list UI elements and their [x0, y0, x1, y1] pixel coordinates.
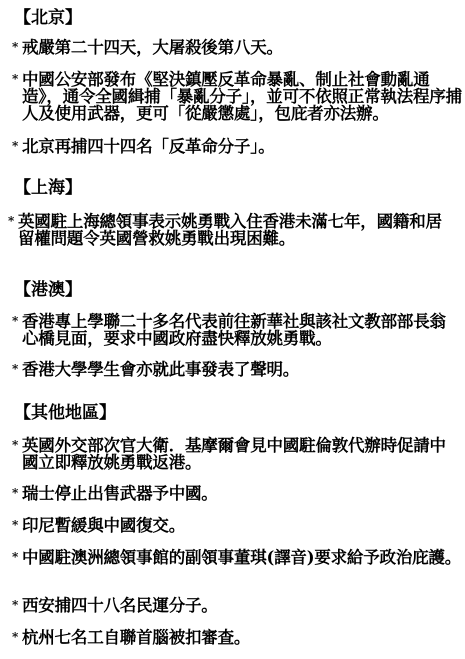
item-text: 瑞士停止出售武器予中國。 [22, 485, 462, 502]
section-header-other-regions: 【其他地區】 [14, 404, 116, 422]
list-item: * 北京再捕四十四名「反革命分子」。 [12, 138, 462, 155]
item-text: 香港專上學聯二十多名代表前往新華社與該社文教部部長翁心橋見面，要求中國政府盡快釋… [22, 313, 462, 347]
bullet-icon: * [8, 213, 14, 230]
item-text: 西安捕四十八名民運分子。 [22, 597, 462, 614]
bullet-icon: * [12, 313, 18, 330]
bullet-icon: * [12, 71, 18, 88]
section-header-beijing: 【北京】 [14, 9, 82, 27]
item-text: 中國駐澳洲總領事館的副領事董琪(譯音)要求給予政治庇護。 [22, 549, 462, 566]
bullet-icon: * [12, 517, 18, 534]
item-text: 戒嚴第二十四天，大屠殺後第八天。 [22, 39, 462, 56]
list-item: * 杭州七名工自聯首腦被扣審查。 [12, 629, 462, 646]
item-text: 中國公安部發布《堅決鎮壓反革命暴亂、制止社會動亂通造》，通令全國緝捕「暴亂分子」… [22, 71, 462, 122]
item-text: 香港大學學生會亦就此事發表了聲明。 [22, 361, 462, 378]
list-item: * 香港大學學生會亦就此事發表了聲明。 [12, 361, 462, 378]
item-text: 英國外交部次官大衛．基摩爾會見中國駐倫敦代辦時促請中國立即釋放姚勇戰返港。 [22, 437, 462, 471]
list-item: * 印尼暫緩與中國復交。 [12, 517, 462, 534]
section-header-shanghai: 【上海】 [14, 179, 82, 197]
bullet-icon: * [12, 549, 18, 566]
bullet-icon: * [12, 597, 18, 614]
bullet-icon: * [12, 39, 18, 56]
list-item: * 英國駐上海總領事表示姚勇戰入住香港未滿七年，國籍和居留權問題令英國營救姚勇戰… [8, 213, 458, 247]
item-text: 英國駐上海總領事表示姚勇戰入住香港未滿七年，國籍和居留權問題令英國營救姚勇戰出現… [18, 213, 458, 247]
bullet-icon: * [12, 138, 18, 155]
list-item: * 香港專上學聯二十多名代表前往新華社與該社文教部部長翁心橋見面，要求中國政府盡… [12, 313, 462, 347]
list-item: * 中國駐澳洲總領事館的副領事董琪(譯音)要求給予政治庇護。 [12, 549, 462, 566]
bullet-icon: * [12, 361, 18, 378]
section-header-hongkong-macau: 【港澳】 [14, 281, 82, 299]
list-item: * 西安捕四十八名民運分子。 [12, 597, 462, 614]
bullet-icon: * [12, 629, 18, 646]
list-item: * 中國公安部發布《堅決鎮壓反革命暴亂、制止社會動亂通造》，通令全國緝捕「暴亂分… [12, 71, 462, 122]
item-text: 北京再捕四十四名「反革命分子」。 [22, 138, 462, 155]
list-item: * 戒嚴第二十四天，大屠殺後第八天。 [12, 39, 462, 56]
item-text: 印尼暫緩與中國復交。 [22, 517, 462, 534]
list-item: * 瑞士停止出售武器予中國。 [12, 485, 462, 502]
item-text: 杭州七名工自聯首腦被扣審查。 [22, 629, 462, 646]
bullet-icon: * [12, 485, 18, 502]
list-item: * 英國外交部次官大衛．基摩爾會見中國駐倫敦代辦時促請中國立即釋放姚勇戰返港。 [12, 437, 462, 471]
bullet-icon: * [12, 437, 18, 454]
